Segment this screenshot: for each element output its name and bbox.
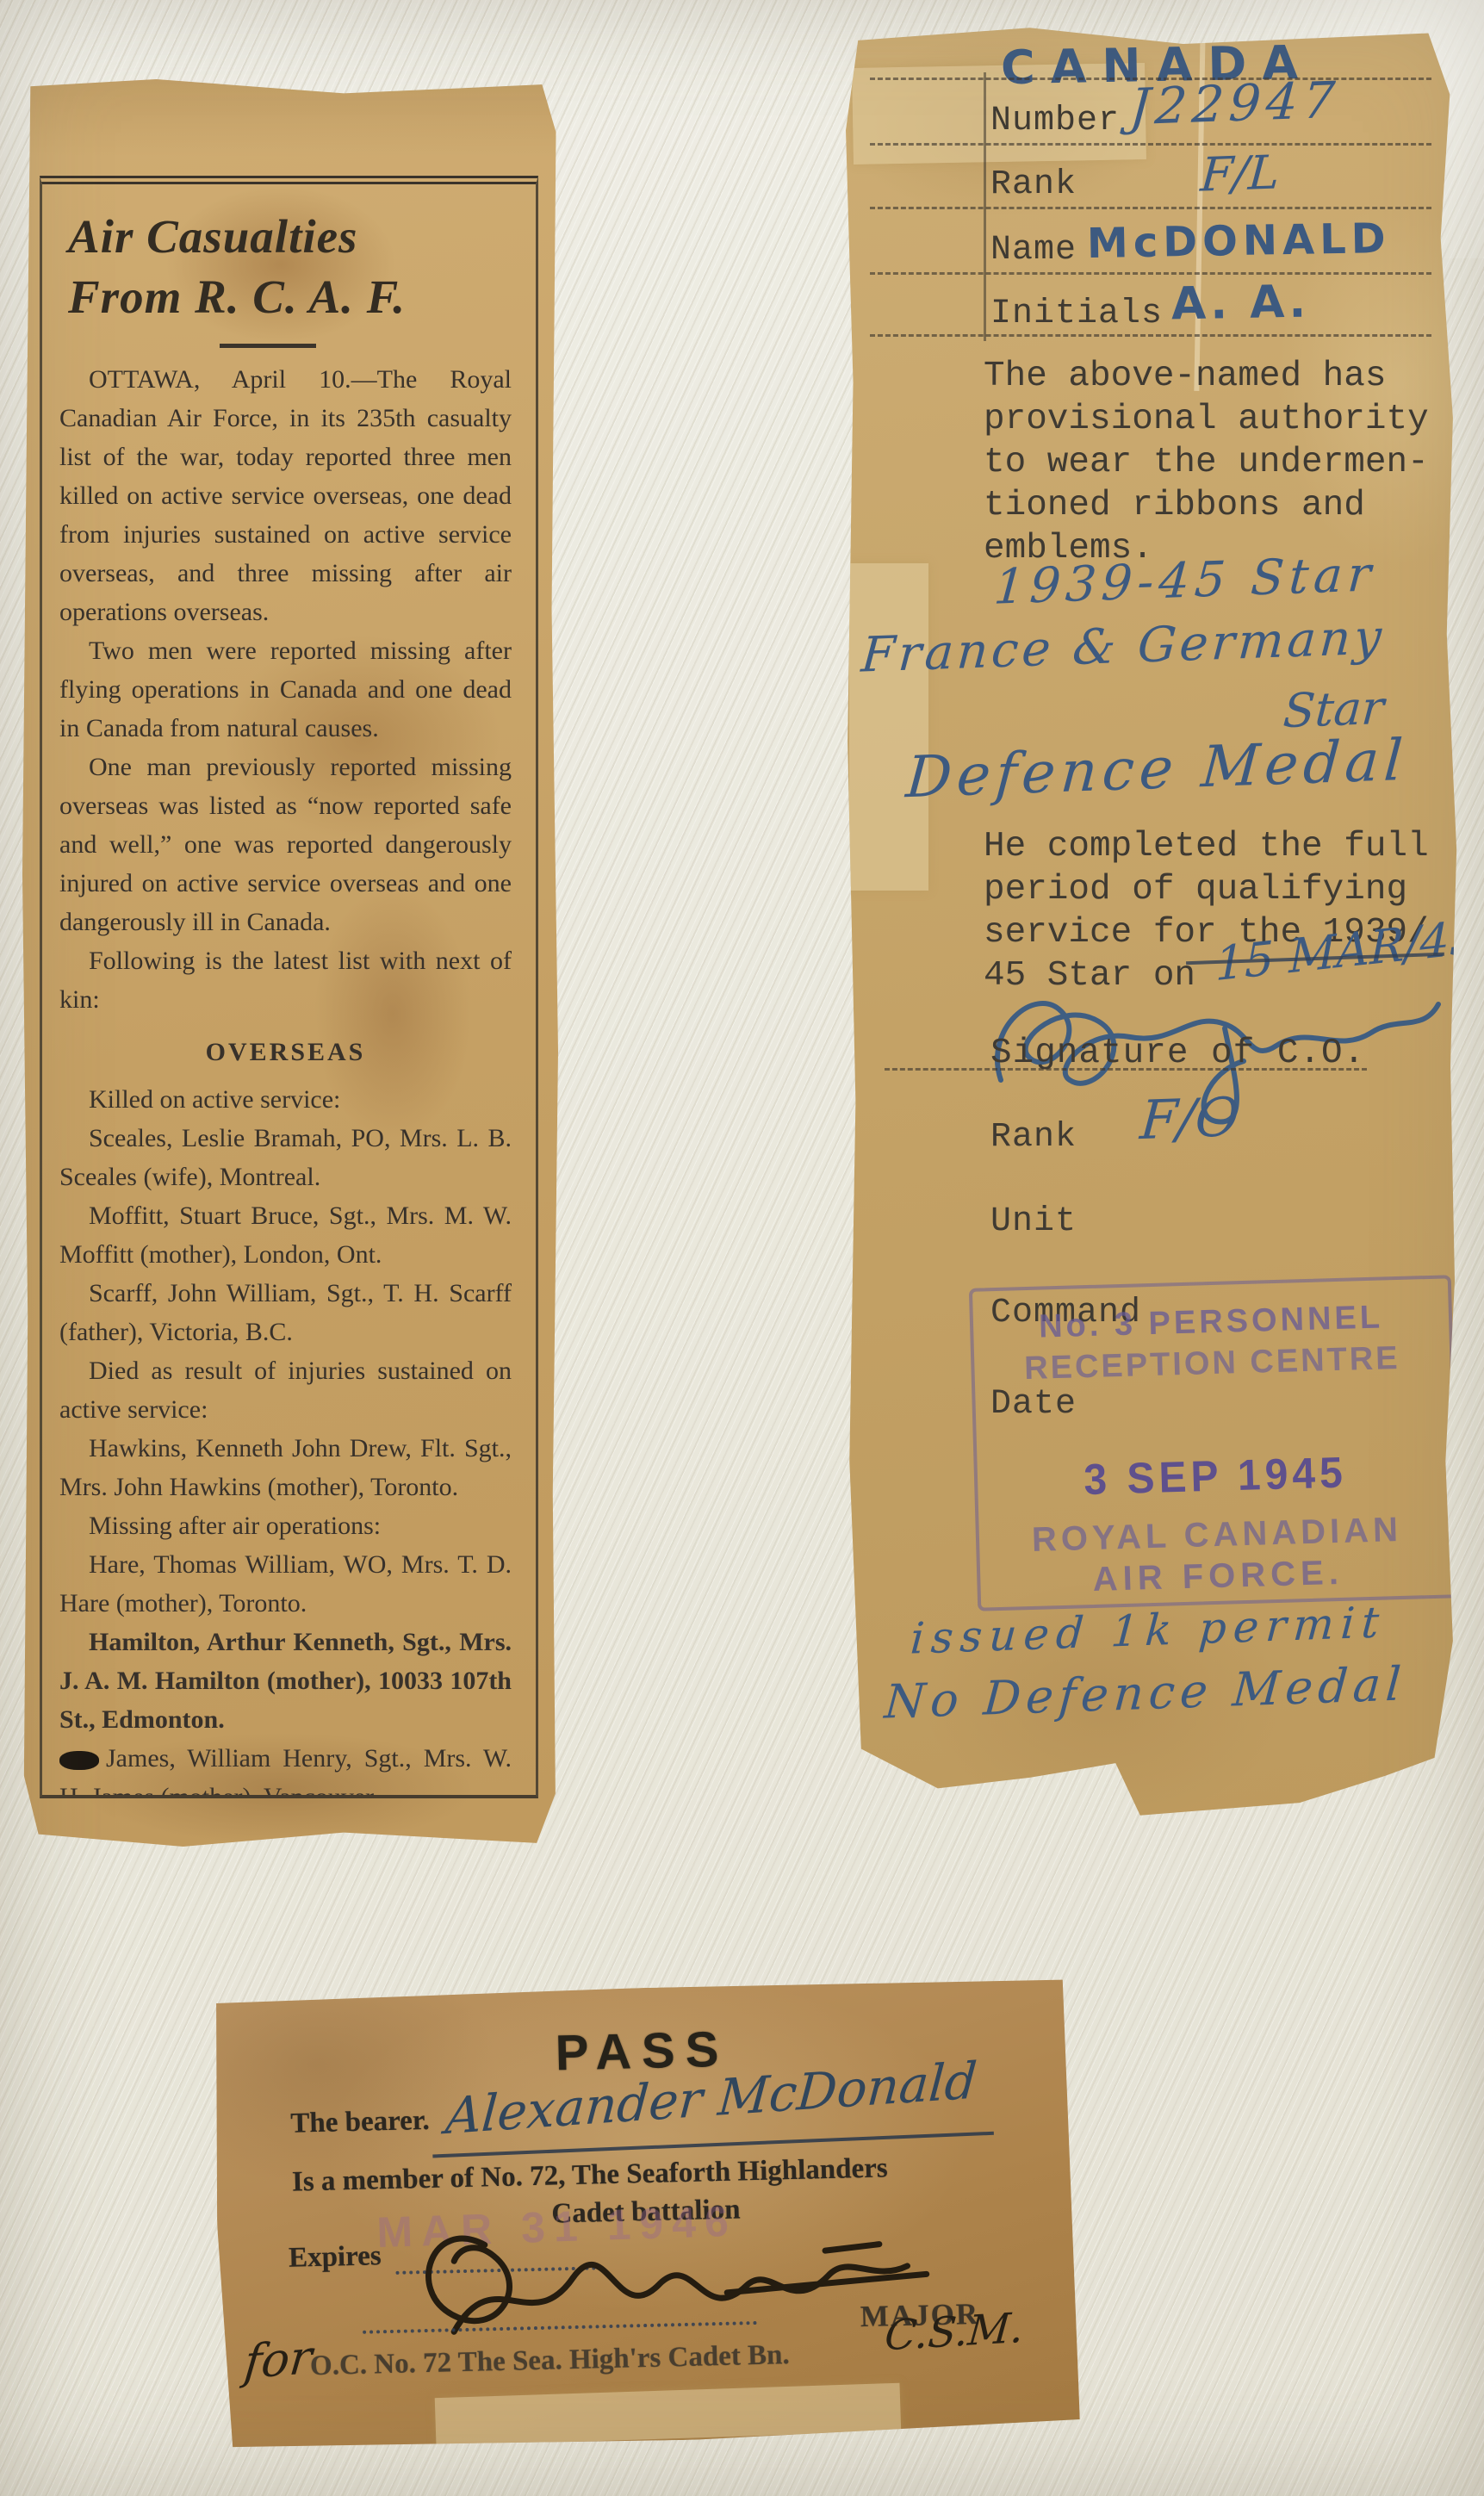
ruled-line bbox=[870, 334, 1431, 337]
name-label: Name bbox=[990, 231, 1077, 270]
rank2-label: Rank bbox=[990, 1118, 1077, 1157]
name-value-handwritten: McDONALD bbox=[1087, 214, 1392, 268]
rcaf-ribbon-authority-slip: CANADA Number J22947 Rank F/L Name McDON… bbox=[846, 22, 1459, 1821]
clipping-casualty-entry: James, William Henry, Sgt., Mrs. W. H. J… bbox=[59, 1739, 512, 1798]
clipping-headline: Air Casualties From R. C. A. F. bbox=[68, 207, 515, 328]
rank-label: Rank bbox=[990, 165, 1077, 204]
ink-blot bbox=[59, 1751, 99, 1770]
clipping-casualty-entry: Hawkins, Kenneth John Drew, Flt. Sgt., M… bbox=[59, 1429, 512, 1506]
clipping-ruled-box: Air Casualties From R. C. A. F. OTTAWA, … bbox=[40, 176, 538, 1798]
clipping-paragraph: Following is the latest list with next o… bbox=[59, 941, 512, 1019]
number-value-handwritten: J22947 bbox=[1128, 71, 1342, 137]
reception-centre-stamp: No. 3 PERSONNEL RECEPTION CENTRE 3 SEP 1… bbox=[969, 1275, 1460, 1611]
number-label: Number bbox=[990, 102, 1120, 140]
clipping-casualty-entry: Sceales, Leslie Bramah, PO, Mrs. L. B. S… bbox=[59, 1119, 512, 1196]
csm-handwritten: C.S.M. bbox=[883, 2304, 1025, 2361]
rank2-value-handwritten: F/O bbox=[1138, 1085, 1241, 1152]
headline-line1: Air Casualties bbox=[68, 207, 515, 267]
ribbon-france-germany: France & Germany bbox=[860, 609, 1387, 683]
tape-strip bbox=[435, 2383, 902, 2446]
clipping-casualty-entry: Scarff, John William, Sgt., T. H. Scarff… bbox=[59, 1274, 512, 1351]
rank-value-handwritten: F/L bbox=[1199, 145, 1282, 202]
clipping-paragraph: Two men were reported missing after flyi… bbox=[59, 631, 512, 748]
signature-underline bbox=[885, 1068, 1367, 1071]
unit-label: Unit bbox=[990, 1202, 1077, 1241]
clipping-casualty-entry-text: James, William Henry, Sgt., Mrs. W. H. J… bbox=[59, 1744, 512, 1798]
headline-line2: From R. C. A. F. bbox=[68, 267, 515, 327]
clipping-paragraph: Missing after air operations: bbox=[59, 1506, 512, 1545]
initials-label: Initials bbox=[990, 295, 1163, 333]
stamp-date: 3 SEP 1945 bbox=[977, 1445, 1453, 1508]
cadet-pass-card: PASS The bearer. Alexander McDonald Is a… bbox=[212, 1978, 1080, 2450]
initials-value-handwritten: A. A. bbox=[1170, 276, 1309, 331]
note-handwritten-line2: No Defence Medal bbox=[883, 1656, 1408, 1729]
headline-divider bbox=[220, 344, 316, 348]
authority-text: The above-named has provisional authorit… bbox=[984, 355, 1453, 570]
clipping-paragraph: One man previously reported missing over… bbox=[59, 748, 512, 941]
clipping-paragraph: Died as result of injuries sustained on … bbox=[59, 1351, 512, 1429]
for-handwritten: for bbox=[242, 2330, 314, 2390]
ruled-line bbox=[870, 207, 1431, 209]
clipping-body: OTTAWA, April 10.—The Royal Canadian Air… bbox=[59, 360, 512, 1798]
member-line1: Is a member of No. 72, The Seaforth High… bbox=[292, 2152, 888, 2198]
clipping-casualty-entry: Moffitt, Stuart Bruce, Sgt., Mrs. M. W. … bbox=[59, 1196, 512, 1274]
tape-strip bbox=[849, 563, 928, 891]
ribbon-defence-medal: Defence Medal bbox=[903, 727, 1409, 811]
ruled-line bbox=[870, 143, 1431, 146]
ruled-line bbox=[870, 272, 1431, 275]
clipping-paragraph: Killed on active service: bbox=[59, 1080, 512, 1119]
clipping-casualty-entry: Hamilton, Arthur Kenneth, Sgt., Mrs. J. … bbox=[59, 1623, 512, 1739]
stamp-line2: RECEPTION CENTRE bbox=[974, 1338, 1450, 1388]
field-column-rule bbox=[984, 72, 986, 341]
clipping-paragraph: OTTAWA, April 10.—The Royal Canadian Air… bbox=[59, 360, 512, 631]
scrapbook-page: Air Casualties From R. C. A. F. OTTAWA, … bbox=[0, 0, 1484, 2496]
bearer-label: The bearer. bbox=[290, 2105, 430, 2140]
clipping-subhead-overseas: OVERSEAS bbox=[59, 1033, 512, 1071]
clipping-casualty-entry: Hare, Thomas William, WO, Mrs. T. D. Har… bbox=[59, 1545, 512, 1623]
newspaper-clipping: Air Casualties From R. C. A. F. OTTAWA, … bbox=[22, 79, 558, 1847]
